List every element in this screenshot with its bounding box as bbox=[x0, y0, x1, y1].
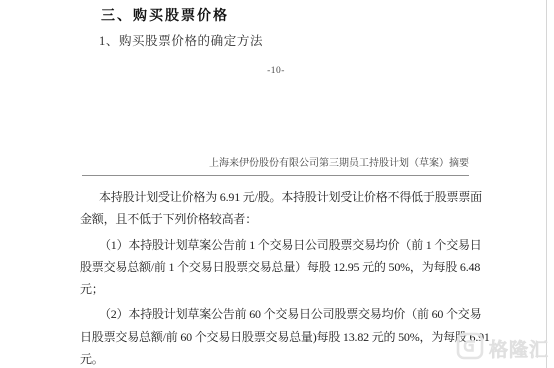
text-line: 元； bbox=[80, 278, 484, 300]
body-text: 本持股计划受让价格为 6.91 元/股。本持股计划受让价格不得低于股票票面 金额… bbox=[80, 186, 484, 368]
paragraph: 本持股计划受让价格为 6.91 元/股。本持股计划受让价格不得低于股票票面 金额… bbox=[80, 186, 484, 231]
text-line: 元。 bbox=[80, 348, 484, 368]
gelonghui-watermark: 格隆汇 bbox=[456, 332, 549, 365]
section-heading: 三、购买股票价格 bbox=[101, 5, 229, 25]
document-page: 三、购买股票价格 1、购买股票价格的确定方法 -10- 上海来伊份股份有限公司第… bbox=[0, 0, 554, 368]
page-number: -10- bbox=[80, 66, 472, 76]
sub-heading: 1、购买股票价格的确定方法 bbox=[99, 31, 263, 49]
text-line: 本持股计划受让价格为 6.91 元/股。本持股计划受让价格不得低于股票票面 bbox=[80, 186, 484, 208]
text-line: 金额，且不低于下列价格较高者： bbox=[80, 208, 484, 230]
page-edge-line bbox=[546, 0, 547, 368]
gelonghui-g-icon bbox=[456, 332, 484, 365]
watermark-text: 格隆汇 bbox=[489, 335, 549, 362]
paragraph: （2）本持股计划草案公告前 60 个交易日公司股票交易均价（前 60 个交易 日… bbox=[80, 303, 484, 368]
header-rule-divider bbox=[82, 175, 469, 176]
text-line: （2）本持股计划草案公告前 60 个交易日公司股票交易均价（前 60 个交易 bbox=[80, 303, 484, 325]
text-line: 日股票交易总额/前 60 个交易日股票交易总量)每股 13.82 元的 50%，… bbox=[80, 326, 484, 348]
text-line: （1）本持股计划草案公告前 1 个交易日公司股票交易均价（前 1 个交易日 bbox=[80, 234, 484, 256]
paragraph: （1）本持股计划草案公告前 1 个交易日公司股票交易均价（前 1 个交易日 股票… bbox=[80, 234, 484, 301]
text-line: 股票交易总额/前 1 个交易日股票交易总量）每股 12.95 元的 50%，为每… bbox=[80, 256, 484, 278]
running-header: 上海来伊份股份有限公司第三期员工持股计划（草案）摘要 bbox=[80, 154, 469, 169]
